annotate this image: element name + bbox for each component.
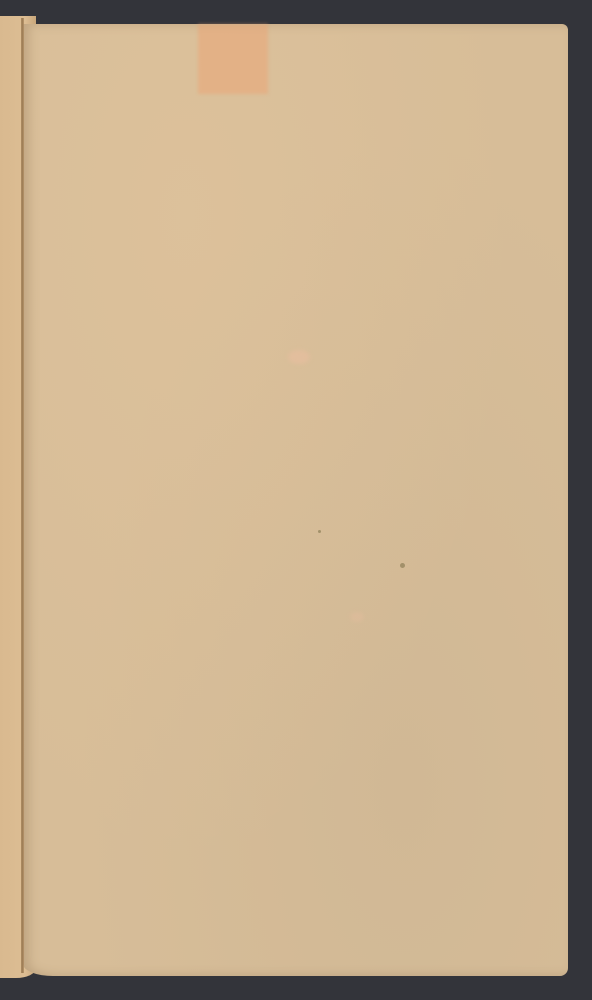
library-seal-stamp <box>198 24 268 94</box>
scanned-page-view <box>0 0 592 1000</box>
binding-gutter <box>21 18 24 973</box>
paper-speck <box>400 563 405 568</box>
blank-page <box>23 24 568 976</box>
paper-speck <box>318 530 321 533</box>
paper-stain <box>288 350 310 364</box>
paper-stain <box>350 612 364 622</box>
